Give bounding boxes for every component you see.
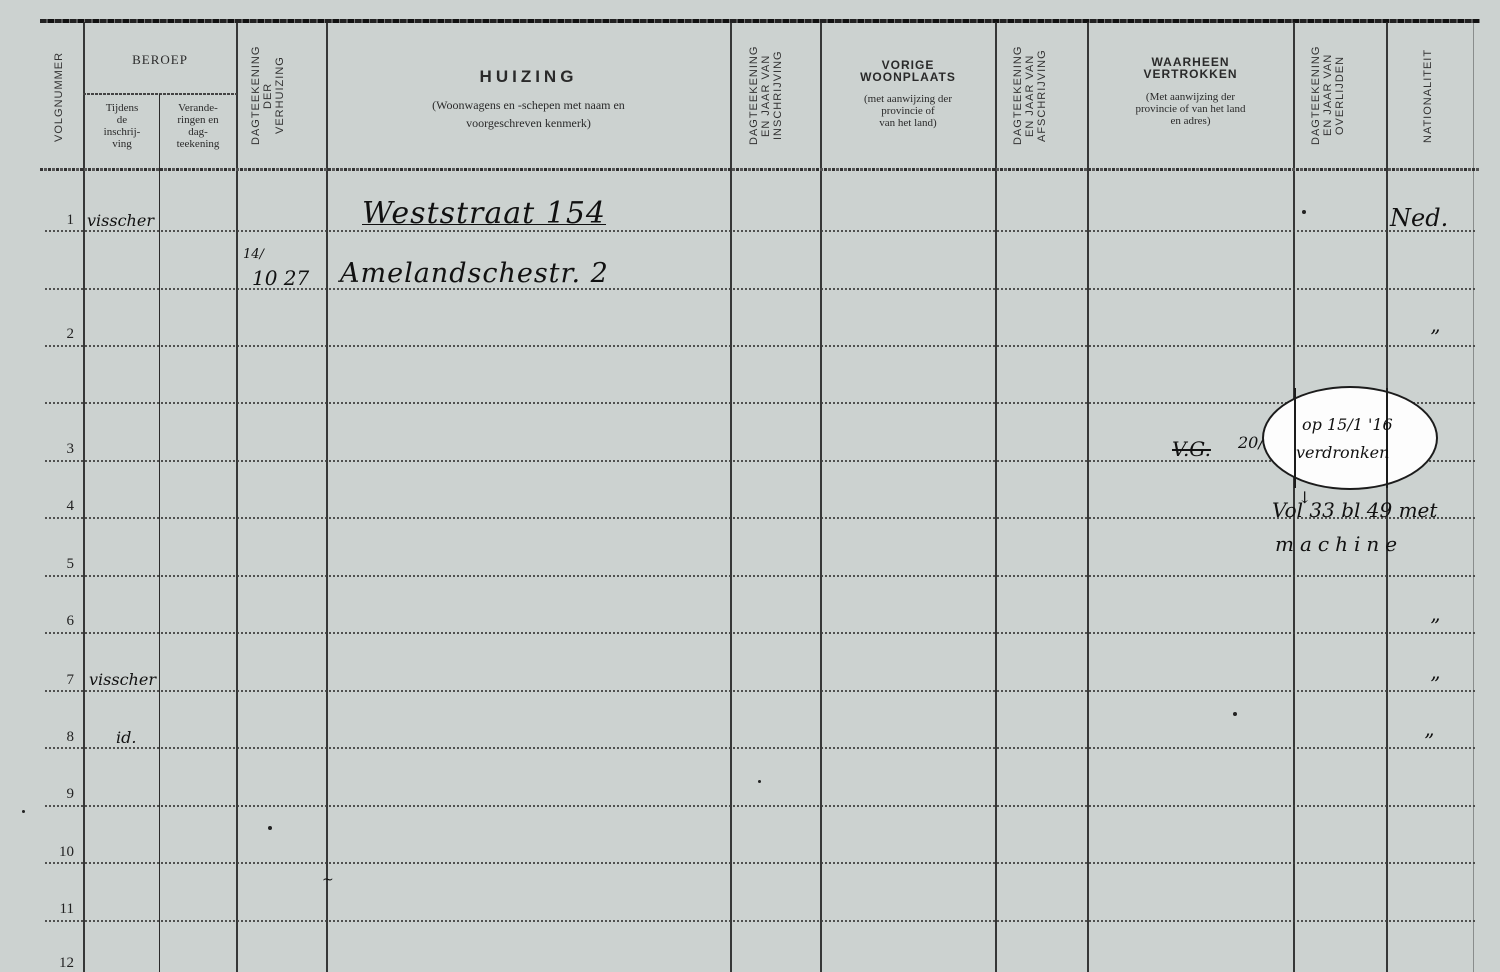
header-dagteekening-inschrijving: DAGTEEKENING EN JAAR VAN INSCHRIJVING — [748, 28, 803, 163]
ink-scribble: ~ — [322, 872, 334, 888]
row7-beroep: visscher — [89, 670, 156, 689]
header-beroep-veranderingen: Verande- ringen en dag- teekening — [160, 102, 236, 150]
row3-overlijden-date: op 15/1 '16 — [1302, 415, 1393, 434]
row2-nationaliteit: ” — [1430, 325, 1440, 349]
row1b-huizing: Amelandschestr. 2 — [340, 258, 609, 289]
col-divider — [236, 22, 238, 972]
header-huizing: HUIZING — [327, 67, 730, 87]
beroep-subdivider — [83, 93, 237, 95]
beroep-col-divider — [159, 94, 160, 972]
row-number: 5 — [44, 556, 74, 573]
ink-speck — [22, 810, 25, 813]
row-number: 1 — [44, 212, 74, 229]
col-divider — [1293, 22, 1295, 972]
col-divider — [1087, 22, 1089, 972]
row-number: 9 — [44, 786, 74, 803]
row-number: 4 — [44, 498, 74, 515]
row-number: 11 — [44, 901, 74, 918]
header-dagteekening-verhuizing: DAGTEEKENING DER VERHUIZING — [250, 28, 310, 163]
row-line — [45, 345, 1475, 347]
ink-speck — [758, 780, 761, 783]
row-line — [45, 920, 1475, 922]
row-line — [45, 460, 1475, 462]
col-divider — [730, 22, 732, 972]
row-number: 12 — [44, 955, 74, 972]
header-dagteekening-overlijden: DAGTEEKENING EN JAAR VAN OVERLIJDEN — [1310, 26, 1368, 164]
top-border — [40, 19, 1480, 23]
col-divider — [83, 22, 85, 972]
row1b-verhuizing-date: 10 27 — [252, 266, 309, 290]
row7-nationaliteit: ” — [1430, 672, 1440, 696]
row-number: 2 — [44, 326, 74, 343]
row3-vertrokken-struck: V.G. — [1172, 437, 1211, 461]
header-vorige-woonplaats: VORIGE WOONPLAATS — [821, 59, 995, 83]
register-page: VOLGNUMMER BEROEP Tijdens de inschrij- v… — [0, 0, 1500, 972]
row-number: 7 — [44, 672, 74, 689]
oval-col-divider — [1294, 388, 1296, 488]
row-line — [45, 747, 1475, 749]
row-number: 10 — [44, 844, 74, 861]
oval-col-divider — [1386, 388, 1388, 488]
row1-beroep: visscher — [87, 211, 154, 230]
header-dagteekening-afschrijving: DAGTEEKENING EN JAAR VAN AFSCHRIJVING — [1012, 28, 1070, 163]
row-number: 6 — [44, 613, 74, 630]
header-huizing-sub2: voorgeschreven kenmerk) — [327, 117, 730, 129]
col-divider — [1386, 22, 1388, 972]
row1-nationaliteit: Ned. — [1390, 204, 1448, 232]
ink-speck — [1233, 712, 1237, 716]
col-divider — [326, 22, 328, 972]
row-line — [45, 690, 1475, 692]
header-waarheen-vertrokken: WAARHEEN VERTROKKEN — [1088, 56, 1293, 80]
col-divider — [820, 22, 822, 972]
header-bottom-border — [40, 168, 1480, 171]
ink-speck — [1302, 210, 1306, 214]
header-nationaliteit: NATIONALITEIT — [1422, 30, 1438, 162]
row-line — [45, 575, 1475, 577]
row1-huizing: Weststraat 154 — [362, 196, 606, 231]
header-vorige-woonplaats-sub: (met aanwijzing der provincie of van het… — [821, 93, 995, 129]
col-divider — [1473, 22, 1474, 972]
header-huizing-sub1: (Woonwagens en -schepen met naam en — [327, 99, 730, 111]
row-line — [45, 805, 1475, 807]
ink-speck — [268, 826, 272, 830]
highlight-oval — [1262, 386, 1438, 490]
header-beroep: BEROEP — [84, 52, 236, 68]
row-line — [45, 517, 1475, 519]
row8-beroep: id. — [116, 728, 136, 747]
row5-note: machine — [1275, 532, 1403, 556]
row8-nationaliteit: ” — [1424, 729, 1434, 753]
row1b-verhuizing-date-num: 14/ — [243, 247, 264, 262]
row3-overlijden-note: verdronken — [1296, 443, 1389, 462]
col-divider — [995, 22, 997, 972]
header-volgnummer: VOLGNUMMER — [53, 32, 69, 162]
row6-nationaliteit: ” — [1430, 614, 1440, 638]
row-line — [45, 230, 1475, 232]
header-beroep-tijdens: Tijdens de inschrij- ving — [85, 102, 159, 150]
row-line — [45, 862, 1475, 864]
row4-note: Vol 33 bl 49 met — [1272, 498, 1437, 522]
row-line — [45, 402, 1475, 404]
row-number: 3 — [44, 441, 74, 458]
header-waarheen-vertrokken-sub: (Met aanwijzing der provincie of van het… — [1088, 91, 1293, 127]
row-number: 8 — [44, 729, 74, 746]
row-line — [45, 632, 1475, 634]
